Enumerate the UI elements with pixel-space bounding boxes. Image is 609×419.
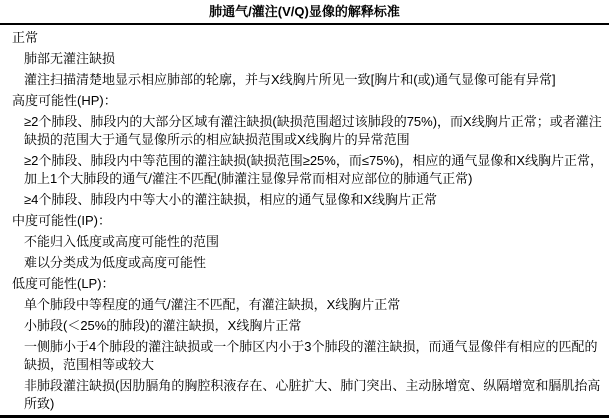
bottom-rule [0, 415, 609, 418]
table-body: 正常 肺部无灌注缺损 灌注扫描清楚地显示相应肺部的轮廓，并与X线胸片所见一致[胸… [0, 25, 609, 413]
criteria-item: ≥2个肺段、肺段内的大部分区域有灌注缺损(缺损范围超过该肺段的75%)，而X线胸… [24, 113, 603, 149]
vq-interpretation-criteria-table: 肺通气/灌注(V/Q)显像的解释标准 正常 肺部无灌注缺损 灌注扫描清楚地显示相… [0, 0, 609, 419]
section-normal-header: 正常 [12, 29, 603, 47]
criteria-item: 非肺段灌注缺损(因肋膈角的胸腔积液存在、心脏扩大、肺门突出、主动脉增宽、纵隔增宽… [24, 377, 603, 413]
section-intermediate-probability-header: 中度可能性(IP)： [12, 212, 603, 230]
section-normal: 正常 肺部无灌注缺损 灌注扫描清楚地显示相应肺部的轮廓，并与X线胸片所见一致[胸… [12, 29, 603, 89]
criteria-item: 小肺段(＜25%的肺段)的灌注缺损，X线胸片正常 [24, 317, 603, 335]
criteria-item: 一侧肺小于4个肺段的灌注缺损或一个肺区内小于3个肺段的灌注缺损，而通气显像伴有相… [24, 338, 603, 374]
section-intermediate-probability: 中度可能性(IP)： 不能归入低度或高度可能性的范围 难以分类成为低度或高度可能… [12, 212, 603, 272]
criteria-item: 不能归入低度或高度可能性的范围 [24, 233, 603, 251]
criteria-item: 肺部无灌注缺损 [24, 50, 603, 68]
criteria-item: ≥4个肺段、肺段内中等大小的灌注缺损，相应的通气显像和X线胸片正常 [24, 191, 603, 209]
section-low-probability-header: 低度可能性(LP)： [12, 275, 603, 293]
criteria-item: 单个肺段中等程度的通气/灌注不匹配，有灌注缺损，X线胸片正常 [24, 296, 603, 314]
page-title: 肺通气/灌注(V/Q)显像的解释标准 [0, 0, 609, 25]
criteria-item: 难以分类成为低度或高度可能性 [24, 254, 603, 272]
section-high-probability-header: 高度可能性(HP)： [12, 92, 603, 110]
criteria-item: 灌注扫描清楚地显示相应肺部的轮廓，并与X线胸片所见一致[胸片和(或)通气显像可能… [24, 71, 603, 89]
section-high-probability: 高度可能性(HP)： ≥2个肺段、肺段内的大部分区域有灌注缺损(缺损范围超过该肺… [12, 92, 603, 209]
criteria-item: ≥2个肺段、肺段内中等范围的灌注缺损(缺损范围≥25%，而≤75%)，相应的通气… [24, 152, 603, 188]
section-low-probability: 低度可能性(LP)： 单个肺段中等程度的通气/灌注不匹配，有灌注缺损，X线胸片正… [12, 275, 603, 413]
